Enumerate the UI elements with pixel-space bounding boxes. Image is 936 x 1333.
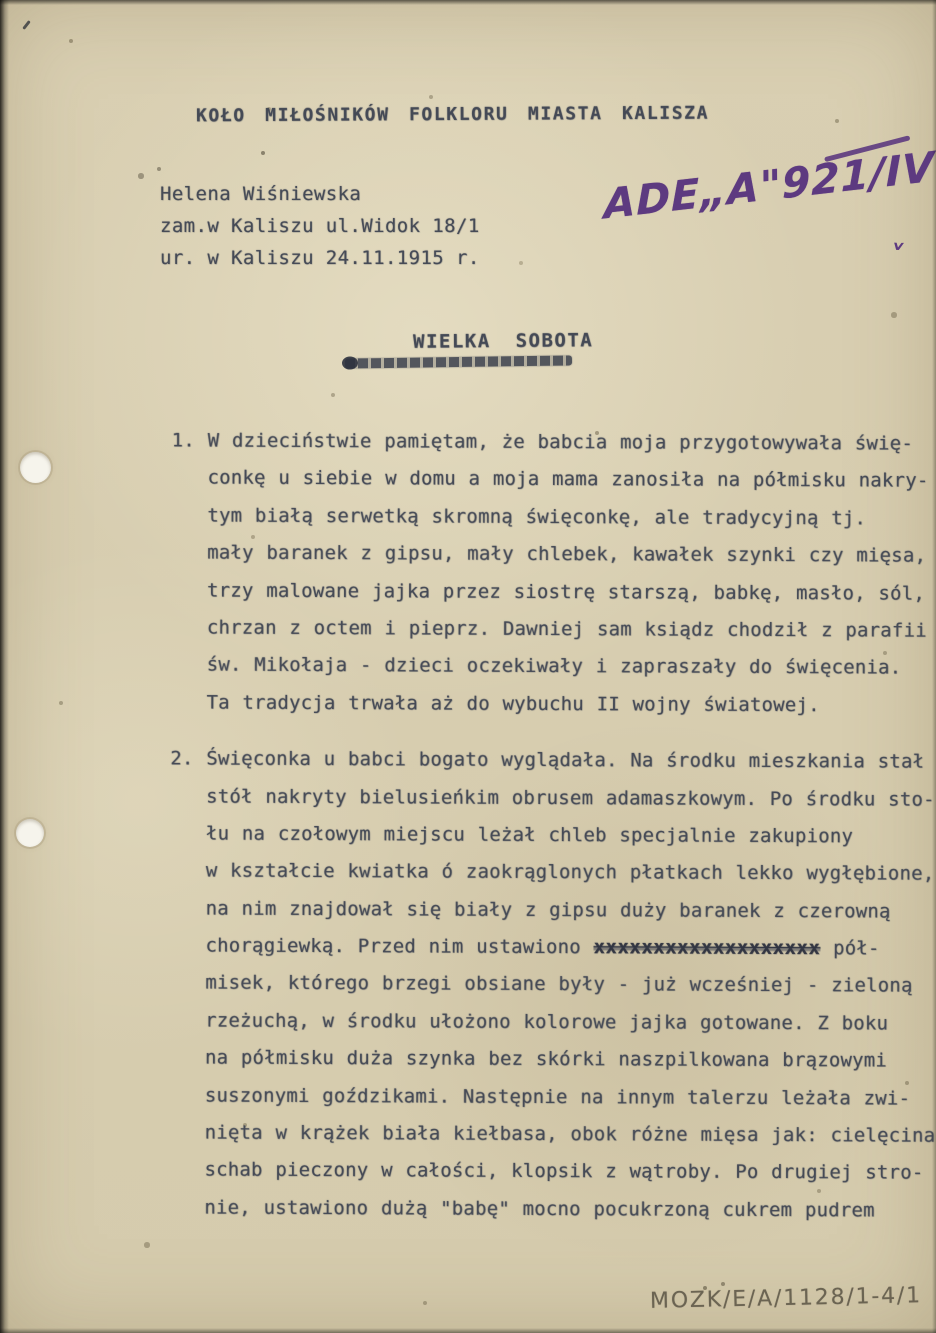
paragraph-lines: Święconka u babci bogato wyglądała. Na ś…: [204, 741, 920, 1230]
typed-line: na półmisku duża szynka bez skórki naszp…: [205, 1040, 919, 1081]
typed-line: rzeżuchą, w środku ułożono kolorowe jajk…: [205, 1002, 919, 1043]
catalog-number: MOZK/E/A/1128/1-4/1: [650, 1283, 922, 1314]
typed-line-with-strikeout: chorągiewką. Przed nim ustawiono xxxxxxx…: [205, 928, 919, 969]
pen-tick-mark: [22, 20, 31, 30]
line-suffix: pół-: [820, 937, 879, 959]
line-prefix: chorągiewką. Przed nim ustawiono: [205, 935, 593, 959]
typed-line: conkę u siebie w domu a moja mama zanosi…: [207, 460, 921, 501]
typed-line: stół nakryty bielusieńkim obrusem adamas…: [206, 778, 920, 819]
scan-edge-bottom: [0, 1328, 936, 1333]
typed-line: tym białą serwetką skromną święconkę, al…: [207, 497, 921, 538]
typed-line: na nim znajdował się biały z gipsu duży …: [206, 890, 920, 931]
paragraph-lines: W dzieciństwie pamiętam, że babcia moja …: [206, 423, 921, 725]
author-block: Helena Wiśniewska zam.w Kaliszu ul.Widok…: [160, 178, 480, 274]
document-title: WIELKA SOBOTA: [413, 329, 605, 353]
typed-line: łu na czołowym miejscu leżał chleb specj…: [206, 815, 920, 856]
document-scan-page: KOŁO MIŁOŚNIKÓW FOLKLORU MIASTA KALISZA …: [0, 0, 936, 1333]
typed-line: św. Mikołaja - dzieci oczekiwały i zapra…: [207, 647, 921, 688]
author-name: Helena Wiśniewska: [160, 178, 480, 210]
punch-hole-top: [20, 452, 51, 483]
typed-line: Święconka u babci bogato wyglądała. Na ś…: [206, 741, 920, 782]
typed-line: w kształcie kwiatka ó zaokrąglonych płat…: [206, 853, 920, 894]
paragraph-1: 1. W dzieciństwie pamiętam, że babcia mo…: [170, 422, 921, 724]
stamp-check-mark: ˅: [888, 239, 904, 274]
title-block: WIELKA SOBOTA: [345, 330, 605, 367]
typed-line: schab pieczony w całości, klopsik z wątr…: [204, 1152, 918, 1193]
typed-line: mały baranek z gipsu, mały chlebek, kawa…: [207, 535, 921, 576]
title-underline: [345, 355, 572, 368]
author-birth-date: ur. w Kaliszu 24.11.1915 r.: [160, 242, 480, 274]
paper-specks: [0, 0, 2, 2]
typed-line: nięta w krążek biała kiełbasa, obok różn…: [205, 1115, 919, 1156]
paragraph-number: 2.: [170, 740, 193, 778]
archive-stamp-text: ADE„A"921/IV: [604, 144, 922, 228]
typed-line: trzy malowane jajka przez siostrę starsz…: [207, 572, 921, 613]
punch-hole-bottom: [16, 819, 44, 847]
organization-header: KOŁO MIŁOŚNIKÓW FOLKLORU MIASTA KALISZA: [196, 103, 709, 127]
typed-line: misek, którego brzegi obsiane były - już…: [205, 965, 919, 1006]
archive-stamp: ADE„A"921/IV ˅: [601, 144, 935, 319]
scan-edge-top: [0, 0, 936, 5]
scan-edge-left: [0, 0, 9, 1333]
typed-line: suszonymi goździkami. Następnie na innym…: [205, 1077, 919, 1118]
paragraph-2: 2. Święconka u babci bogato wyglądała. N…: [168, 740, 920, 1229]
typed-line: chrzan z octem i pieprz. Dawniej sam ksi…: [207, 609, 921, 650]
typed-line: nie, ustawiono dużą "babę" mocno pocukrz…: [204, 1189, 918, 1230]
paragraph-number: 1.: [172, 422, 195, 460]
document-body: 1. W dzieciństwie pamiętam, że babcia mo…: [168, 422, 922, 1229]
crossed-out-text: xxxxxxxxxxxxxxxxxxx: [594, 936, 821, 959]
typed-line: W dzieciństwie pamiętam, że babcia moja …: [208, 423, 922, 464]
typed-line: Ta tradycja trwała aż do wybuchu II wojn…: [206, 684, 920, 725]
author-address: zam.w Kaliszu ul.Widok 18/1: [160, 210, 480, 242]
